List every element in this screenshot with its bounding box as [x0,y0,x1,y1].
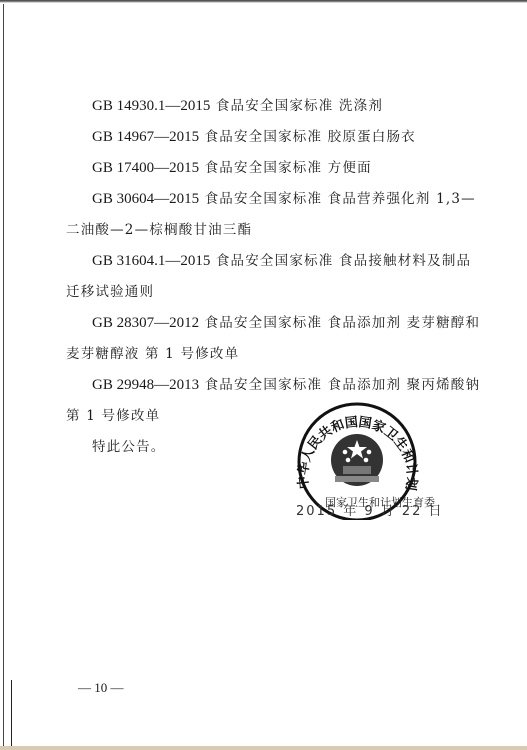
scan-top-edge [0,0,527,6]
scan-left-edge [3,4,4,746]
standard-line-6-cont: 麦芽糖醇液 第 1 号修改单 [66,342,239,362]
standard-line-5-cont: 迁移试验通则 [66,280,154,300]
standard-line-1: GB 14930.1—2015 食品安全国家标准 洗涤剂 [92,94,383,115]
standard-line-3: GB 17400—2015 食品安全国家标准 方便面 [92,156,372,177]
standard-line-7-cont: 第 1 号修改单 [66,404,160,424]
scan-bottom-edge [0,746,527,750]
standard-line-5: GB 31604.1—2015 食品安全国家标准 食品接触材料及制品 [92,249,471,270]
standard-line-4-cont: 二油酸—2—棕榈酸甘油三酯 [66,218,252,238]
scan-left-edge-inner [11,680,12,746]
closing-text: 特此公告。 [92,435,166,455]
standard-line-4: GB 30604—2015 食品安全国家标准 食品营养强化剂 1,3— [92,187,476,208]
page-number: — 10 — [78,680,124,696]
standard-line-2: GB 14967—2015 食品安全国家标准 胶原蛋白肠衣 [92,125,416,146]
document-page: GB 14930.1—2015 食品安全国家标准 洗涤剂 GB 14967—20… [0,0,527,750]
standard-line-7: GB 29948—2013 食品安全国家标准 食品添加剂 聚丙烯酸钠 [92,373,480,394]
standard-line-6: GB 28307—2012 食品安全国家标准 食品添加剂 麦芽糖醇和 [92,311,480,332]
signature-date: 2015 年 9 月 22 日 [296,500,444,519]
